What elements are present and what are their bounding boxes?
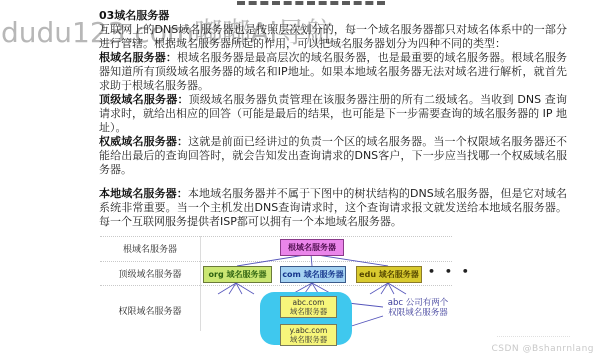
auth-server-abc-box: abc.com 域名服务器 [280, 296, 337, 318]
section-lead: 权威域名服务器： [99, 135, 188, 148]
tld-com-box: com 域名服务器 [280, 266, 346, 283]
row-label-root: 根域名服务器 [108, 242, 192, 255]
section-root-server: 根域名服务器：根域名服务器是最高层次的域名服务器，也是最重要的域名服务器。根域名… [99, 51, 567, 93]
root-server-box: 根域名服务器 [280, 239, 344, 256]
authoritative-group-box: abc.com 域名服务器 y.abc.com 域名服务器 [260, 292, 352, 345]
auth-server-domain: abc.com [281, 298, 336, 307]
section-lead: 本地域名服务器： [99, 187, 188, 200]
section-lead: 顶级域名服务器： [99, 93, 189, 106]
dns-hierarchy-diagram: 根域名服务器 顶级域名服务器 权限域名服务器 根域名服务器 org 域名服务器 … [100, 236, 570, 352]
diagram-annotation: abc 公司有两个 权限域名服务器 [372, 298, 464, 318]
tld-org-box: org 域名服务器 [203, 266, 272, 283]
auth-server-y-abc-box: y.abc.com 域名服务器 [280, 324, 337, 346]
section-local-server: 本地域名服务器：本地域名服务器并不属于下图中的树状结构的DNS域名服务器，但是它… [99, 187, 567, 229]
annotation-line2: 权限域名服务器 [372, 308, 464, 318]
auth-server-type: 域名服务器 [281, 307, 336, 316]
article: 03域名服务器 互联网上的DNS域名服务器也是按照层次划分的，每一个域名服务器都… [99, 9, 567, 229]
auth-server-type: 域名服务器 [281, 335, 336, 344]
section-lead: 根域名服务器： [99, 51, 177, 64]
row-label-authoritative: 权限域名服务器 [108, 304, 192, 317]
section-authoritative-server: 权威域名服务器：这就是前面已经讲过的负责一个区的域名服务器。当一个权限域名服务器… [99, 135, 567, 177]
more-tld-ellipsis: • • • [428, 265, 472, 278]
intro-paragraph: 互联网上的DNS域名服务器也是按照层次划分的，每一个域名服务器都只对域名体系中的… [99, 23, 567, 51]
tld-edu-box: edu 域名服务器 [356, 266, 422, 283]
article-title: 03域名服务器 [99, 9, 567, 23]
clipped-header-text [237, 1, 385, 5]
auth-server-domain: y.abc.com [281, 326, 336, 335]
annotation-line1: abc 公司有两个 [372, 298, 464, 308]
section-tld-server: 顶级域名服务器：顶级域名服务器负责管理在该服务器注册的所有二级域名。当收到 DN… [99, 93, 567, 135]
row-label-tld: 顶级域名服务器 [108, 267, 192, 280]
